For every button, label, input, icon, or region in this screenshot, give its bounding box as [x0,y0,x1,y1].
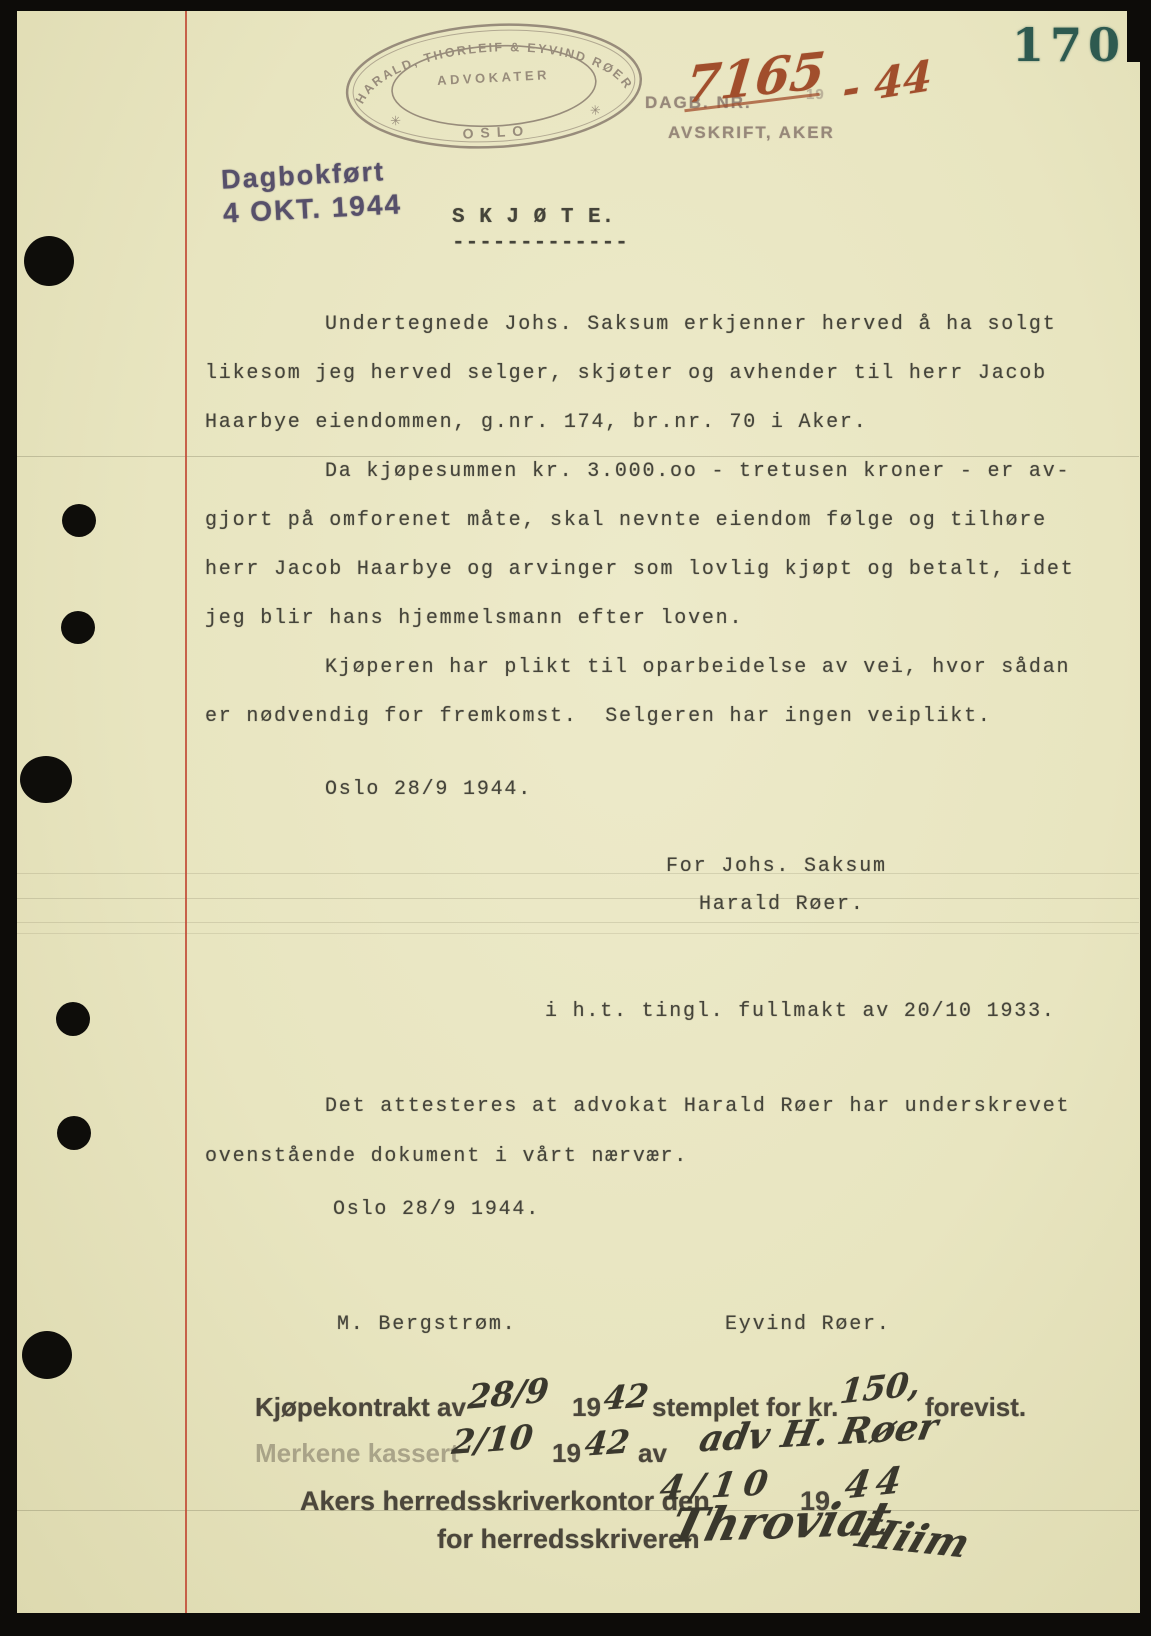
punch-hole [57,1116,91,1150]
attestation-date-line: Oslo 28/9 1944. [333,1198,540,1221]
body-line: jeg blir hans hjemmelsmann efter loven. [205,594,1085,643]
stamp-city-text: OSLO [462,122,530,142]
body-line: likesom jeg herved selger, skjøter og av… [205,349,1085,398]
page-number: 170 [1012,18,1126,72]
body-line: Kjøperen har plikt til oparbeidelse av v… [205,643,1085,692]
punch-hole [62,504,96,537]
body-line: Da kjøpesummen kr. 3.000.oo - tretusen k… [205,447,1085,496]
scan-edge-right [1140,0,1151,1636]
body-line: gjort på omforenet måte, skal nevnte eie… [205,496,1085,545]
scan-edge-left [0,0,17,1636]
scan-edge-bottom [0,1613,1151,1636]
document-title: S K J Ø T E. [452,206,615,229]
stamp-star-left-icon: ✳ [390,113,402,129]
document-title-underline: ------------- [452,232,629,255]
deed-date-line: Oslo 28/9 1944. [325,778,532,801]
punch-hole [56,1002,90,1036]
witness-signature-left: M. Bergstrøm. [337,1313,516,1336]
deed-body: Undertegnede Johs. Saksum erkjenner herv… [205,300,1085,741]
cert-stamp-office: Akers herredsskriverkontor den [300,1486,710,1517]
body-line: er nødvendig for fremkomst. Selgeren har… [205,692,1085,741]
attestation-line: Det attesteres at advokat Harald Røer ha… [325,1095,1070,1118]
cert-hw-contract-year: 42 [602,1376,650,1417]
body-line: Undertegnede Johs. Saksum erkjenner herv… [205,300,1085,349]
body-line: Haarbye eiendommen, g.nr. 174, br.nr. 70… [205,398,1085,447]
scan-edge-corner [1127,0,1151,62]
punch-hole [22,1331,72,1379]
stamp-center-text: ADVOKATER [437,67,551,88]
cert-stamp-for-herredsskriveren: for herredsskriveren [437,1524,700,1555]
witness-signature-right: Eyvind Røer. [725,1313,891,1336]
cert-hw-cancel-date: 2/10 [450,1417,535,1462]
cert-hw-contract-date: 28/9 [466,1370,550,1417]
cert-stamp-year-prefix: 19 [572,1392,601,1423]
punch-hole [24,236,74,286]
stamp-star-right-icon: ✳ [590,102,602,118]
body-line: herr Jacob Haarbye og arvinger som lovli… [205,545,1085,594]
cert-stamp-year-prefix: 19 [552,1438,581,1469]
cert-stamp-merkene: Merkene kassert [255,1438,459,1469]
cert-hw-cancel-year: 42 [583,1422,631,1463]
law-firm-oval-stamp: HARALD, THORLEIF & EYVIND RØER ADVOKATER… [339,14,649,160]
journal-avskrift-stamp: AVSKRIFT, AKER [668,123,835,143]
signature-for-line: For Johs. Saksum [666,855,887,878]
authority-line: i h.t. tingl. fullmakt av 20/10 1933. [545,1000,1056,1023]
margin-rule [185,10,187,1614]
punch-hole [20,756,72,803]
scanned-deed-page: HARALD, THORLEIF & EYVIND RØER ADVOKATER… [0,0,1151,1636]
cert-stamp-kjopekontrakt: Kjøpekontrakt av [255,1392,466,1423]
punch-hole [61,611,95,644]
attestation-line: ovenstående dokument i vårt nærvær. [205,1145,688,1168]
cert-stamp-av: av [638,1438,667,1469]
signature-name-line: Harald Røer. [699,893,865,916]
scan-edge-top [0,0,1151,11]
entry-date-stamp: Dagbokført 4 OKT. 1944 [220,155,402,229]
